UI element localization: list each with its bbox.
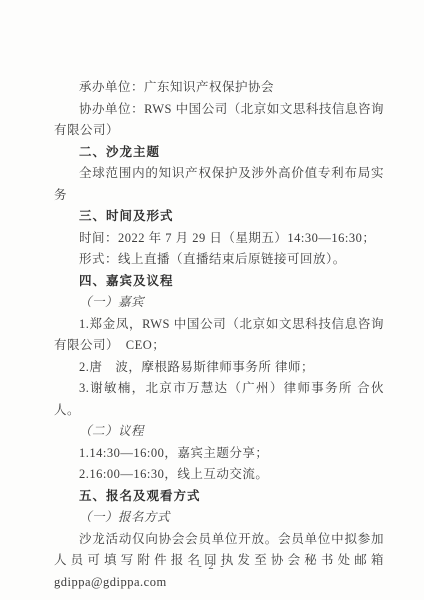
body-paragraph: 形式：线上直播（直播结束后原链接可回放）。	[54, 249, 384, 271]
body-paragraph: 3.谢敏楠，北京市万慧达（广州）律师事务所 合伙人。	[54, 378, 384, 421]
body-paragraph: 时间：2022 年 7 月 29 日（星期五）14:30—16:30；	[54, 228, 384, 250]
body-paragraph: 1.14:30—16:00，嘉宾主题分享；	[54, 443, 384, 465]
section-heading: 三、时间及形式	[54, 206, 384, 228]
body-paragraph: 2.唐 波，摩根路易斯律师事务所 律师；	[54, 357, 384, 379]
body-paragraph: 承办单位：广东知识产权保护协会	[54, 77, 384, 99]
body-paragraph: 全球范围内的知识产权保护及涉外高价值专利布局实务	[54, 163, 384, 206]
body-paragraph: 1.郑金凤，RWS 中国公司（北京如文思科技信息咨询有限公司） CEO；	[54, 314, 384, 357]
body-paragraph: 协办单位：RWS 中国公司（北京如文思科技信息咨询有限公司）	[54, 99, 384, 142]
section-heading: 二、沙龙主题	[54, 142, 384, 164]
page-number: - 2 -	[0, 561, 424, 572]
document-page: 承办单位：广东知识产权保护协会协办单位：RWS 中国公司（北京如文思科技信息咨询…	[0, 0, 424, 600]
sub-heading: （一）报名方式	[54, 507, 384, 529]
sub-heading: （一）嘉宾	[54, 292, 384, 314]
section-heading: 五、报名及观看方式	[54, 486, 384, 508]
body-paragraph: 2.16:00—16:30，线上互动交流。	[54, 464, 384, 486]
sub-heading: （二）议程	[54, 421, 384, 443]
section-heading: 四、嘉宾及议程	[54, 271, 384, 293]
document-body: 承办单位：广东知识产权保护协会协办单位：RWS 中国公司（北京如文思科技信息咨询…	[54, 77, 384, 593]
